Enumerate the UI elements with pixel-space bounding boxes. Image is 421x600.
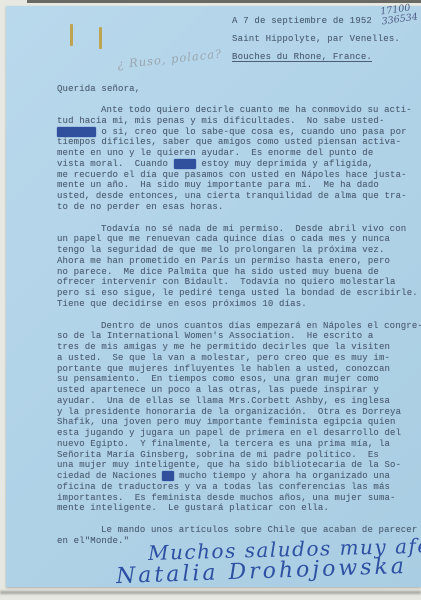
typed-line: y la presidente honoraria de la organiza…: [57, 407, 421, 418]
staple-stain-icon: [99, 27, 102, 49]
typed-line: no parece. Me dice Palmita que ha sido u…: [57, 267, 421, 278]
typed-line: su pensamiento. En tiempos como esos, un…: [57, 374, 421, 385]
typed-line: Señorita María Ginsberg, sobrina de mi p…: [57, 450, 421, 461]
paragraph: Todavía no sé nada de mi permiso. Desde …: [57, 224, 421, 310]
typed-line: portante que mujeres influyentes le habl…: [57, 364, 421, 375]
scan-edge-shadow: [0, 591, 421, 594]
typed-line: pero si eso sigue, le pediré tenga usted…: [57, 288, 421, 299]
scanned-letter-page: 17100 336534 A 7 de septiembre de 1952 S…: [0, 0, 421, 600]
typed-line: nuevo Egipto. Y finalmente, la tercera e…: [57, 439, 421, 450]
address-line-2: Bouches du Rhone, France.: [232, 48, 400, 66]
staple-stain-icon: [70, 24, 73, 46]
typed-line: Ahora me han prometido en París un permi…: [57, 256, 421, 267]
typed-line: ayudar. Una de ellas se llama Mrs.Corbet…: [57, 396, 421, 407]
typed-line: usted, desde entonces, una cierta tranqu…: [57, 191, 421, 202]
typed-line: oficina de traductores y va a todas las …: [57, 482, 421, 493]
typed-line: importantes. Es feminista desde muchos a…: [57, 493, 421, 504]
typed-line: tud hacia mi, mis penas y mis dificultad…: [57, 116, 421, 127]
typed-line: esta jugando y jugara un papel de primer…: [57, 428, 421, 439]
typed-line: me recuerdo el día que pasamos con usted…: [57, 170, 421, 181]
typed-line: so de la International Women's Associati…: [57, 331, 421, 342]
typed-line: Tiene que decidirse en esos próximos 10 …: [57, 299, 421, 310]
typed-line: ciedad de Naciones mucho tiempo y ahora …: [57, 471, 421, 482]
typed-line: usted apartenece un poco a las otras, la…: [57, 385, 421, 396]
typed-line: mente un año. Ha sido muy importante par…: [57, 180, 421, 191]
date-line: A 7 de septiembre de 1952: [232, 12, 400, 30]
typed-line: ofrecer intervenir con Bidault. Todavía …: [57, 277, 421, 288]
typed-line: a usted. Se que la van a molestar, pero …: [57, 353, 421, 364]
typed-line: Dentro de unos cuantos días empezará en …: [57, 321, 421, 332]
typed-line: Ante todo quiero decirle cuanto me ha co…: [57, 105, 421, 116]
scan-edge-shadow: [27, 0, 421, 3]
paragraph: Dentro de unos cuantos días empezará en …: [57, 321, 421, 515]
letter-header: A 7 de septiembre de 1952 Saint Hippolyt…: [232, 12, 400, 66]
ink-strikeout: [174, 159, 196, 169]
typed-line: tiempos dificiles, saber que amigos como…: [57, 137, 421, 148]
typed-line: tres de mis amigas y me he permitido dec…: [57, 342, 421, 353]
ink-strikeout: [162, 471, 173, 481]
typed-line: Le mando unos artículos sobre Chile que …: [57, 525, 421, 536]
salutation: Querida señora,: [57, 84, 140, 94]
paragraphs: Ante todo quiero decirle cuanto me ha co…: [57, 105, 421, 558]
typed-line: vista moral. Cuando estoy muy deprimida …: [57, 159, 421, 170]
typed-line: mente en uno y le quieren ayudar. Es eno…: [57, 148, 421, 159]
typed-line: Todavía no sé nada de mi permiso. Desde …: [57, 224, 421, 235]
paragraph: Ante todo quiero decirle cuanto me ha co…: [57, 105, 421, 213]
typed-line: mente inteligente. Le gustará platicar c…: [57, 503, 421, 514]
typed-line: una mujer muy inteligente, que ha sido b…: [57, 460, 421, 471]
typed-line: Shafik, una joven pero muy importante fe…: [57, 417, 421, 428]
typed-line: un papel que me renuevan cada quince día…: [57, 234, 421, 245]
typed-line: o si, creo que lo sabe-que cosa es, cuan…: [57, 127, 421, 138]
typed-line: to de no perder en esas horas.: [57, 202, 421, 213]
typed-line: tengo la seguridad de que me lo prolonga…: [57, 245, 421, 256]
ink-strikeout: [57, 127, 96, 137]
address-line-1: Saint Hippolyte, par Venelles.: [232, 30, 400, 48]
